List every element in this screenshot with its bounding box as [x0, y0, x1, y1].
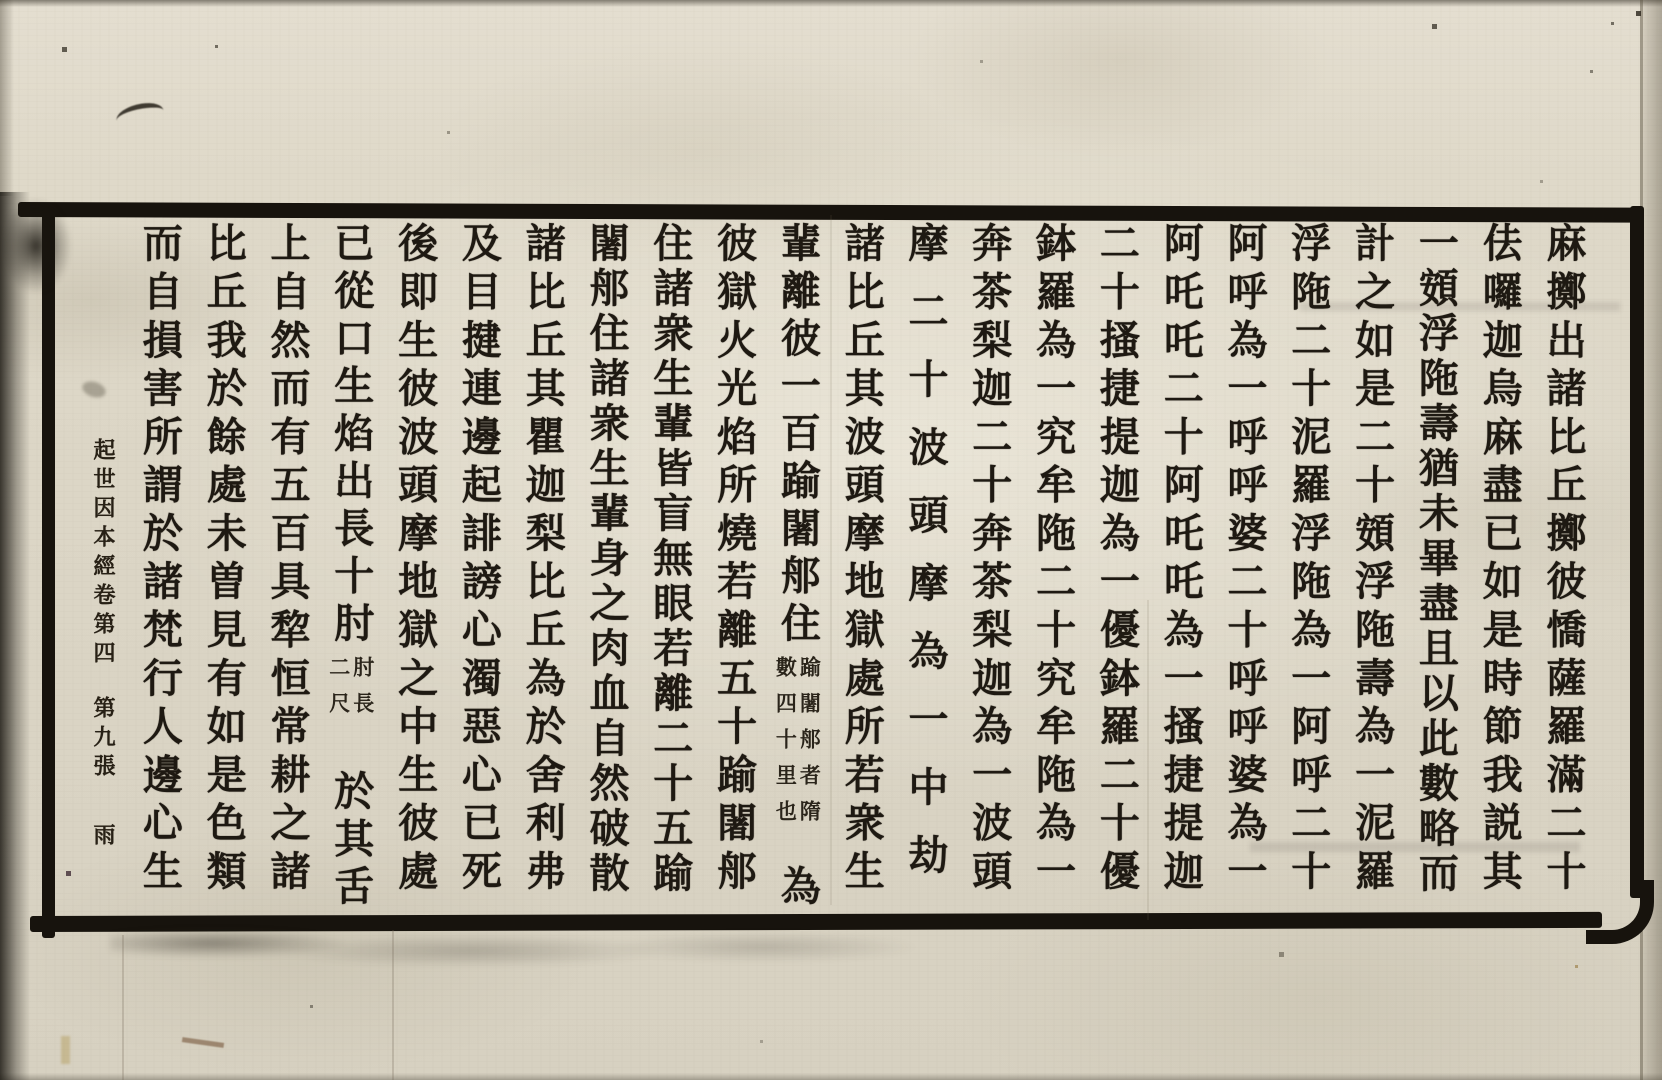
text-column: 後即生彼波頭摩地獄之中生彼處 — [390, 222, 440, 912]
text-column: 住諸衆生輩皆盲無眼若離二十五踰 — [645, 222, 695, 912]
text-column: 上自然而有五百具犂恒常耕之諸 — [262, 222, 312, 912]
colophon-sheet-number: 第九張 — [87, 696, 117, 783]
text-column: 浮陁二十泥羅浮陁為一阿呼二十 — [1283, 222, 1333, 912]
inline-note: 肘長二尺 — [327, 650, 375, 770]
text-column: 諸比丘其瞿迦梨比丘為於舍利弗 — [517, 222, 567, 912]
text-column: 阿呼為一呼呼婆二十呼呼婆為一 — [1219, 222, 1269, 912]
text-column: 闍郍住諸衆生輩身之肉血自然破散 — [581, 222, 631, 912]
text-column: 計之如是二十頞浮陁壽為一泥羅 — [1347, 222, 1397, 912]
text-column: 阿吒吒二十阿吒吒為一搔捷提迦 — [1155, 222, 1205, 912]
colophon-title: 起世因本經卷第四 — [87, 438, 117, 670]
text-column: 諸比丘其波頭摩地獄處所若衆生 — [836, 222, 886, 912]
text-column: 而自損害所謂於諸梵行人邊心生 — [134, 222, 184, 912]
text-column: 輩離彼一百踰闍郍住踰闍郍者隋數四十里也為 — [772, 222, 822, 912]
colophon-column: 起世因本經卷第四 第九張 雨 — [84, 438, 120, 852]
colophon-case-marker: 雨 — [87, 823, 117, 852]
inline-note: 踰闍郍者隋數四十里也 — [773, 650, 821, 865]
text-column: 鉢羅為一究牟陁二十究牟陁為一 — [1028, 222, 1078, 912]
scanned-sutra-page: { "page": { "description_label": "", "co… — [0, 0, 1662, 1080]
text-column: 已從口生焰出長十肘肘長二尺於其舌 — [326, 222, 376, 912]
text-column: 及目揵連邊起誹謗心濁惡心已死 — [453, 222, 503, 912]
text-column: 奔茶梨迦二十奔茶梨迦為一波頭 — [964, 222, 1014, 912]
text-column: 比丘我於餘處未曽見有如是色類 — [198, 222, 248, 912]
text-column: 彼獄火光焰所燒若離五十踰闍郍 — [709, 222, 759, 912]
text-column: 二十搔捷提迦為一優鉢羅二十優 — [1091, 222, 1141, 912]
text-column: 摩二十波頭摩為一中劫 — [900, 222, 950, 902]
text-columns: 麻擲出諸比丘擲彼憍薩羅滿二十佉囉迦烏麻盡已如是時節我説其一頞浮陁壽猶未畢盡且以此… — [0, 0, 1662, 1080]
text-column: 麻擲出諸比丘擲彼憍薩羅滿二十 — [1538, 222, 1588, 912]
text-column: 佉囉迦烏麻盡已如是時節我説其 — [1474, 222, 1524, 912]
text-column: 一頞浮陁壽猶未畢盡且以此數略而 — [1410, 222, 1460, 912]
